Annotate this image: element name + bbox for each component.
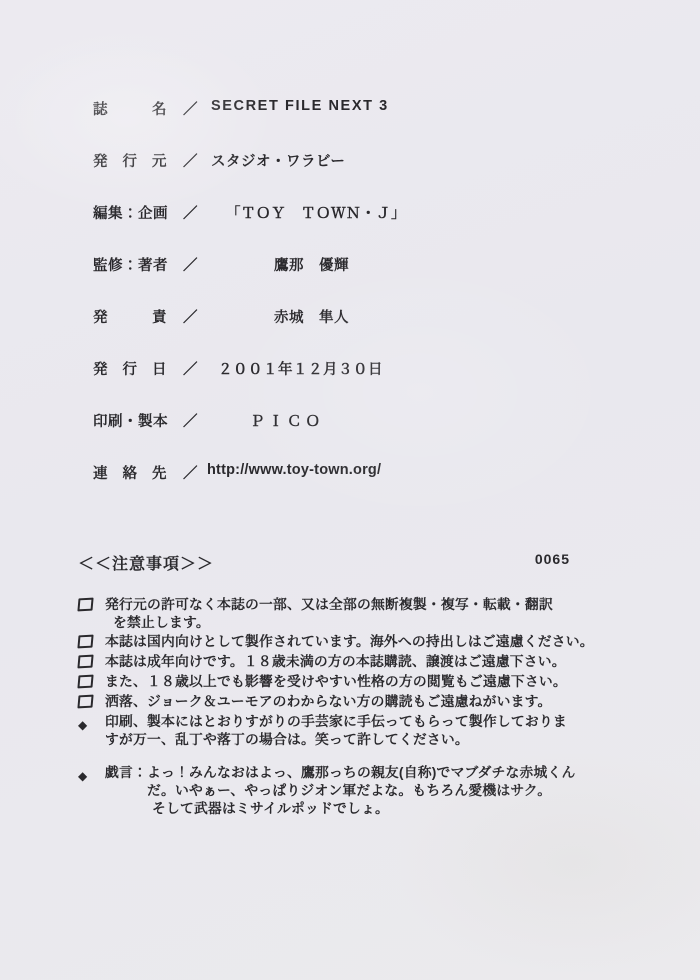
notice-item: 本誌は成年向けです。１８歳未満の方の本誌購読、譲渡はご遠慮下さい。: [78, 653, 578, 673]
row-responsible: 発責 ／ 赤城 隼人: [93, 306, 406, 321]
separator-slash: ／: [183, 410, 198, 431]
field-label: 連絡先: [93, 462, 167, 483]
row-contact-url: 連絡先 ／ http://www.toy-town.org/: [93, 462, 406, 477]
notice-text: そして武器はミサイルポッドでしょ。: [105, 800, 578, 818]
notice-item: ◆ 印刷、製本にはとおりすがりの手芸家に手伝ってもらって製作しておりま すが万一…: [78, 713, 578, 750]
field-value: ２００１年１２月３０日: [218, 358, 383, 379]
notices-block: ＜＜注意事項＞＞ 0065 発行元の許可なく本誌の一部、又は全部の無断複製・複写…: [78, 551, 578, 819]
notice-item: 本誌は国内向けとして製作されています。海外への持出しはご遠慮ください。: [78, 633, 578, 653]
field-label: 印刷・製本: [93, 410, 167, 431]
field-value: 「ＴＯＹ ＴＯＷＮ・Ｊ」: [226, 202, 406, 223]
checkbox-icon: [78, 693, 105, 713]
notice-text: 本誌は国内向けとして製作されています。海外への持出しはご遠慮ください。: [105, 633, 594, 651]
separator-slash: ／: [183, 462, 198, 483]
separator-slash: ／: [183, 150, 198, 171]
field-label: 発行日: [93, 358, 167, 379]
notice-item: 洒落、ジョーク＆ユーモアのわからない方の購読もご遠慮ねがいます。: [78, 693, 578, 713]
notice-text: また、１８歳以上でも影響を受けやすい性格の方の閲覧もご遠慮下さい。: [105, 673, 578, 691]
separator-slash: ／: [183, 98, 198, 119]
notices-title: ＜＜注意事項＞＞: [78, 551, 214, 574]
diamond-bullet-icon: ◆: [78, 764, 105, 784]
diamond-bullet-icon: ◆: [78, 713, 105, 733]
checkbox-icon: [78, 673, 105, 693]
row-printing-binding: 印刷・製本 ／ ＰＩＣＯ: [93, 410, 406, 425]
field-value: 鷹那 優輝: [274, 254, 349, 275]
colophon-block: 誌名 ／ SECRET FILE NEXT 3 発行元 ／ スタジオ・ワラビー …: [93, 98, 406, 514]
field-label: 編集：企画: [93, 202, 167, 223]
notice-text: を禁止します。: [105, 614, 578, 632]
notices-header: ＜＜注意事項＞＞ 0065: [78, 551, 578, 574]
notice-text: 洒落、ジョーク＆ユーモアのわからない方の購読もご遠慮ねがいます。: [105, 693, 578, 711]
row-publisher: 発行元 ／ スタジオ・ワラビー: [93, 150, 406, 165]
notice-item: 発行元の許可なく本誌の一部、又は全部の無断複製・複写・転載・翻訳 を禁止します。: [78, 596, 578, 633]
colophon-page: 誌名 ／ SECRET FILE NEXT 3 発行元 ／ スタジオ・ワラビー …: [0, 0, 700, 980]
notice-text: 戯言：よっ！みんなおはよっ、鷹那っちの親友(自称)でマブダチな赤城くん: [105, 764, 578, 782]
field-value: SECRET FILE NEXT 3: [211, 98, 389, 114]
separator-slash: ／: [183, 358, 198, 379]
notice-text: だ。いやぁー、やっぱりジオン軍だよな。もちろん愛機はサク。: [105, 782, 578, 800]
checkbox-icon: [78, 653, 105, 673]
field-value: 赤城 隼人: [274, 306, 349, 327]
row-magazine-title: 誌名 ／ SECRET FILE NEXT 3: [93, 98, 406, 113]
notice-item-zaregoto: ◆ 戯言：よっ！みんなおはよっ、鷹那っちの親友(自称)でマブダチな赤城くん だ。…: [78, 764, 578, 819]
separator-slash: ／: [183, 254, 198, 275]
contact-url-text: http://www.toy-town.org/: [207, 462, 381, 478]
row-supervisor-author: 監修：著者 ／ 鷹那 優輝: [93, 254, 406, 269]
field-label: 誌名: [93, 98, 167, 119]
field-value: ＰＩＣＯ: [250, 410, 324, 431]
notice-item: また、１８歳以上でも影響を受けやすい性格の方の閲覧もご遠慮下さい。: [78, 673, 578, 693]
separator-slash: ／: [183, 306, 198, 327]
separator-slash: ／: [183, 202, 198, 223]
notice-text: 発行元の許可なく本誌の一部、又は全部の無断複製・複写・転載・翻訳: [105, 596, 578, 614]
notice-text: すが万一、乱丁や落丁の場合は。笑って許してください。: [105, 731, 578, 749]
notice-text: 本誌は成年向けです。１８歳未満の方の本誌購読、譲渡はご遠慮下さい。: [105, 653, 578, 671]
serial-code: 0065: [535, 551, 570, 567]
notice-text: 印刷、製本にはとおりすがりの手芸家に手伝ってもらって製作しておりま: [105, 713, 578, 731]
row-publication-date: 発行日 ／ ２００１年１２月３０日: [93, 358, 406, 373]
notices-list: 発行元の許可なく本誌の一部、又は全部の無断複製・複写・転載・翻訳 を禁止します。…: [78, 596, 578, 819]
field-label: 発責: [93, 306, 167, 327]
checkbox-icon: [78, 633, 105, 653]
checkbox-icon: [78, 596, 105, 616]
field-value: スタジオ・ワラビー: [211, 150, 345, 171]
field-label: 発行元: [93, 150, 167, 171]
row-editing-planning: 編集：企画 ／ 「ＴＯＹ ＴＯＷＮ・Ｊ」: [93, 202, 406, 217]
field-label: 監修：著者: [93, 254, 167, 275]
